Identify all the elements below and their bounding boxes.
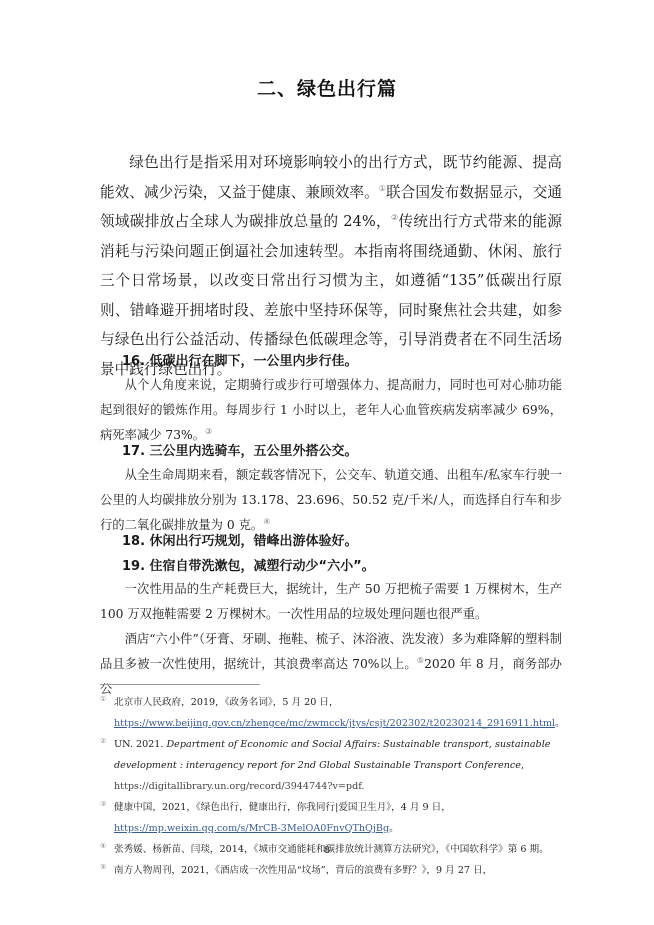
- section-body-16-text: 从个人角度来说，定期骑行或步行可增强体力、提高耐力，同时也可对心肺功能起到很好的…: [100, 378, 562, 442]
- footnote-ref-5[interactable]: ⑤: [417, 656, 424, 665]
- footnote-title: Department of Economic and Social Affair…: [114, 739, 550, 771]
- page-number: 8: [0, 845, 654, 856]
- footnote-tail: 。: [555, 718, 565, 729]
- footnote-link[interactable]: https://mp.weixin.qq.com/s/MrCB-3MelOA0F…: [114, 823, 389, 834]
- section-body-17: 从全生命周期来看，额定载客情况下，公交车、轨道交通、出租车/私家车行驶一公里的人…: [100, 463, 562, 538]
- footnote-2: ② UN. 2021. Department of Economic and S…: [100, 734, 580, 797]
- footnote-url: https://digitallibrary.un.org/record/394…: [114, 781, 364, 792]
- footnote-mark: ②: [100, 731, 106, 752]
- section-title: 二、绿色出行篇: [0, 74, 654, 101]
- footnote-5: ⑤ 南方人物周刊，2021，《酒店成一次性用品“坟场”，背后的浪费有多野？》，9…: [100, 860, 580, 881]
- footnote-1: ① 北京市人民政府，2019，《政务名词》，5 月 20 日， https://…: [100, 692, 580, 734]
- section-body-19b: 酒店“六小件”（牙膏、牙刷、拖鞋、梳子、沐浴液、洗发液）多为难降解的塑料制品且多…: [100, 627, 562, 702]
- footnote-link[interactable]: https://www.beijing.gov.cn/zhengce/mc/zw…: [114, 718, 555, 729]
- footnote-text: 健康中国，2021，《绿色出行，健康出行，你我同行|爱国卫生月》，4 月 9 日…: [114, 802, 451, 813]
- footnote-ref-4[interactable]: ④: [263, 517, 270, 526]
- document-page: 二、绿色出行篇 绿色出行是指采用对环境影响较小的出行方式，既节约能源、提高能效、…: [0, 0, 654, 925]
- section-body-17-text: 从全生命周期来看，额定载客情况下，公交车、轨道交通、出租车/私家车行驶一公里的人…: [100, 468, 562, 532]
- footnote-text: 南方人物周刊，2021，《酒店成一次性用品“坟场”，背后的浪费有多野？》，9 月…: [114, 865, 492, 876]
- section-body-19a: 一次性用品的生产耗费巨大，据统计，生产 50 万把梳子需要 1 万棵树木，生产 …: [100, 577, 562, 627]
- footnote-tail: ,: [521, 760, 524, 771]
- intro-paragraph: 绿色出行是指采用对环境影响较小的出行方式，既节约能源、提高能效、减少污染，又益于…: [100, 148, 562, 384]
- footnote-divider: [100, 684, 260, 685]
- footnote-text: 北京市人民政府，2019，《政务名词》，5 月 20 日，: [114, 697, 339, 708]
- footnote-tail: 。: [389, 823, 399, 834]
- section-heading-17: 17. 三公里内选骑车，五公里外搭公交。: [122, 440, 358, 459]
- section-body-16: 从个人角度来说，定期骑行或步行可增强体力、提高耐力，同时也可对心肺功能起到很好的…: [100, 373, 562, 448]
- footnote-ref-3[interactable]: ③: [205, 427, 212, 436]
- section-heading-19: 19. 住宿自带洗漱包，减塑行动少“六小”。: [122, 555, 375, 574]
- footnote-ref-1[interactable]: ①: [379, 184, 386, 193]
- footnote-text: UN. 2021.: [114, 739, 166, 750]
- footnote-mark: ①: [100, 689, 106, 710]
- footnote-mark: ⑤: [100, 857, 106, 878]
- section-heading-18: 18. 休闲出行巧规划，错峰出游体验好。: [122, 530, 358, 549]
- footnote-3: ③ 健康中国，2021，《绿色出行，健康出行，你我同行|爱国卫生月》，4 月 9…: [100, 797, 580, 839]
- section-heading-16: 16. 低碳出行在脚下，一公里内步行佳。: [122, 350, 358, 369]
- footnote-mark: ③: [100, 794, 106, 815]
